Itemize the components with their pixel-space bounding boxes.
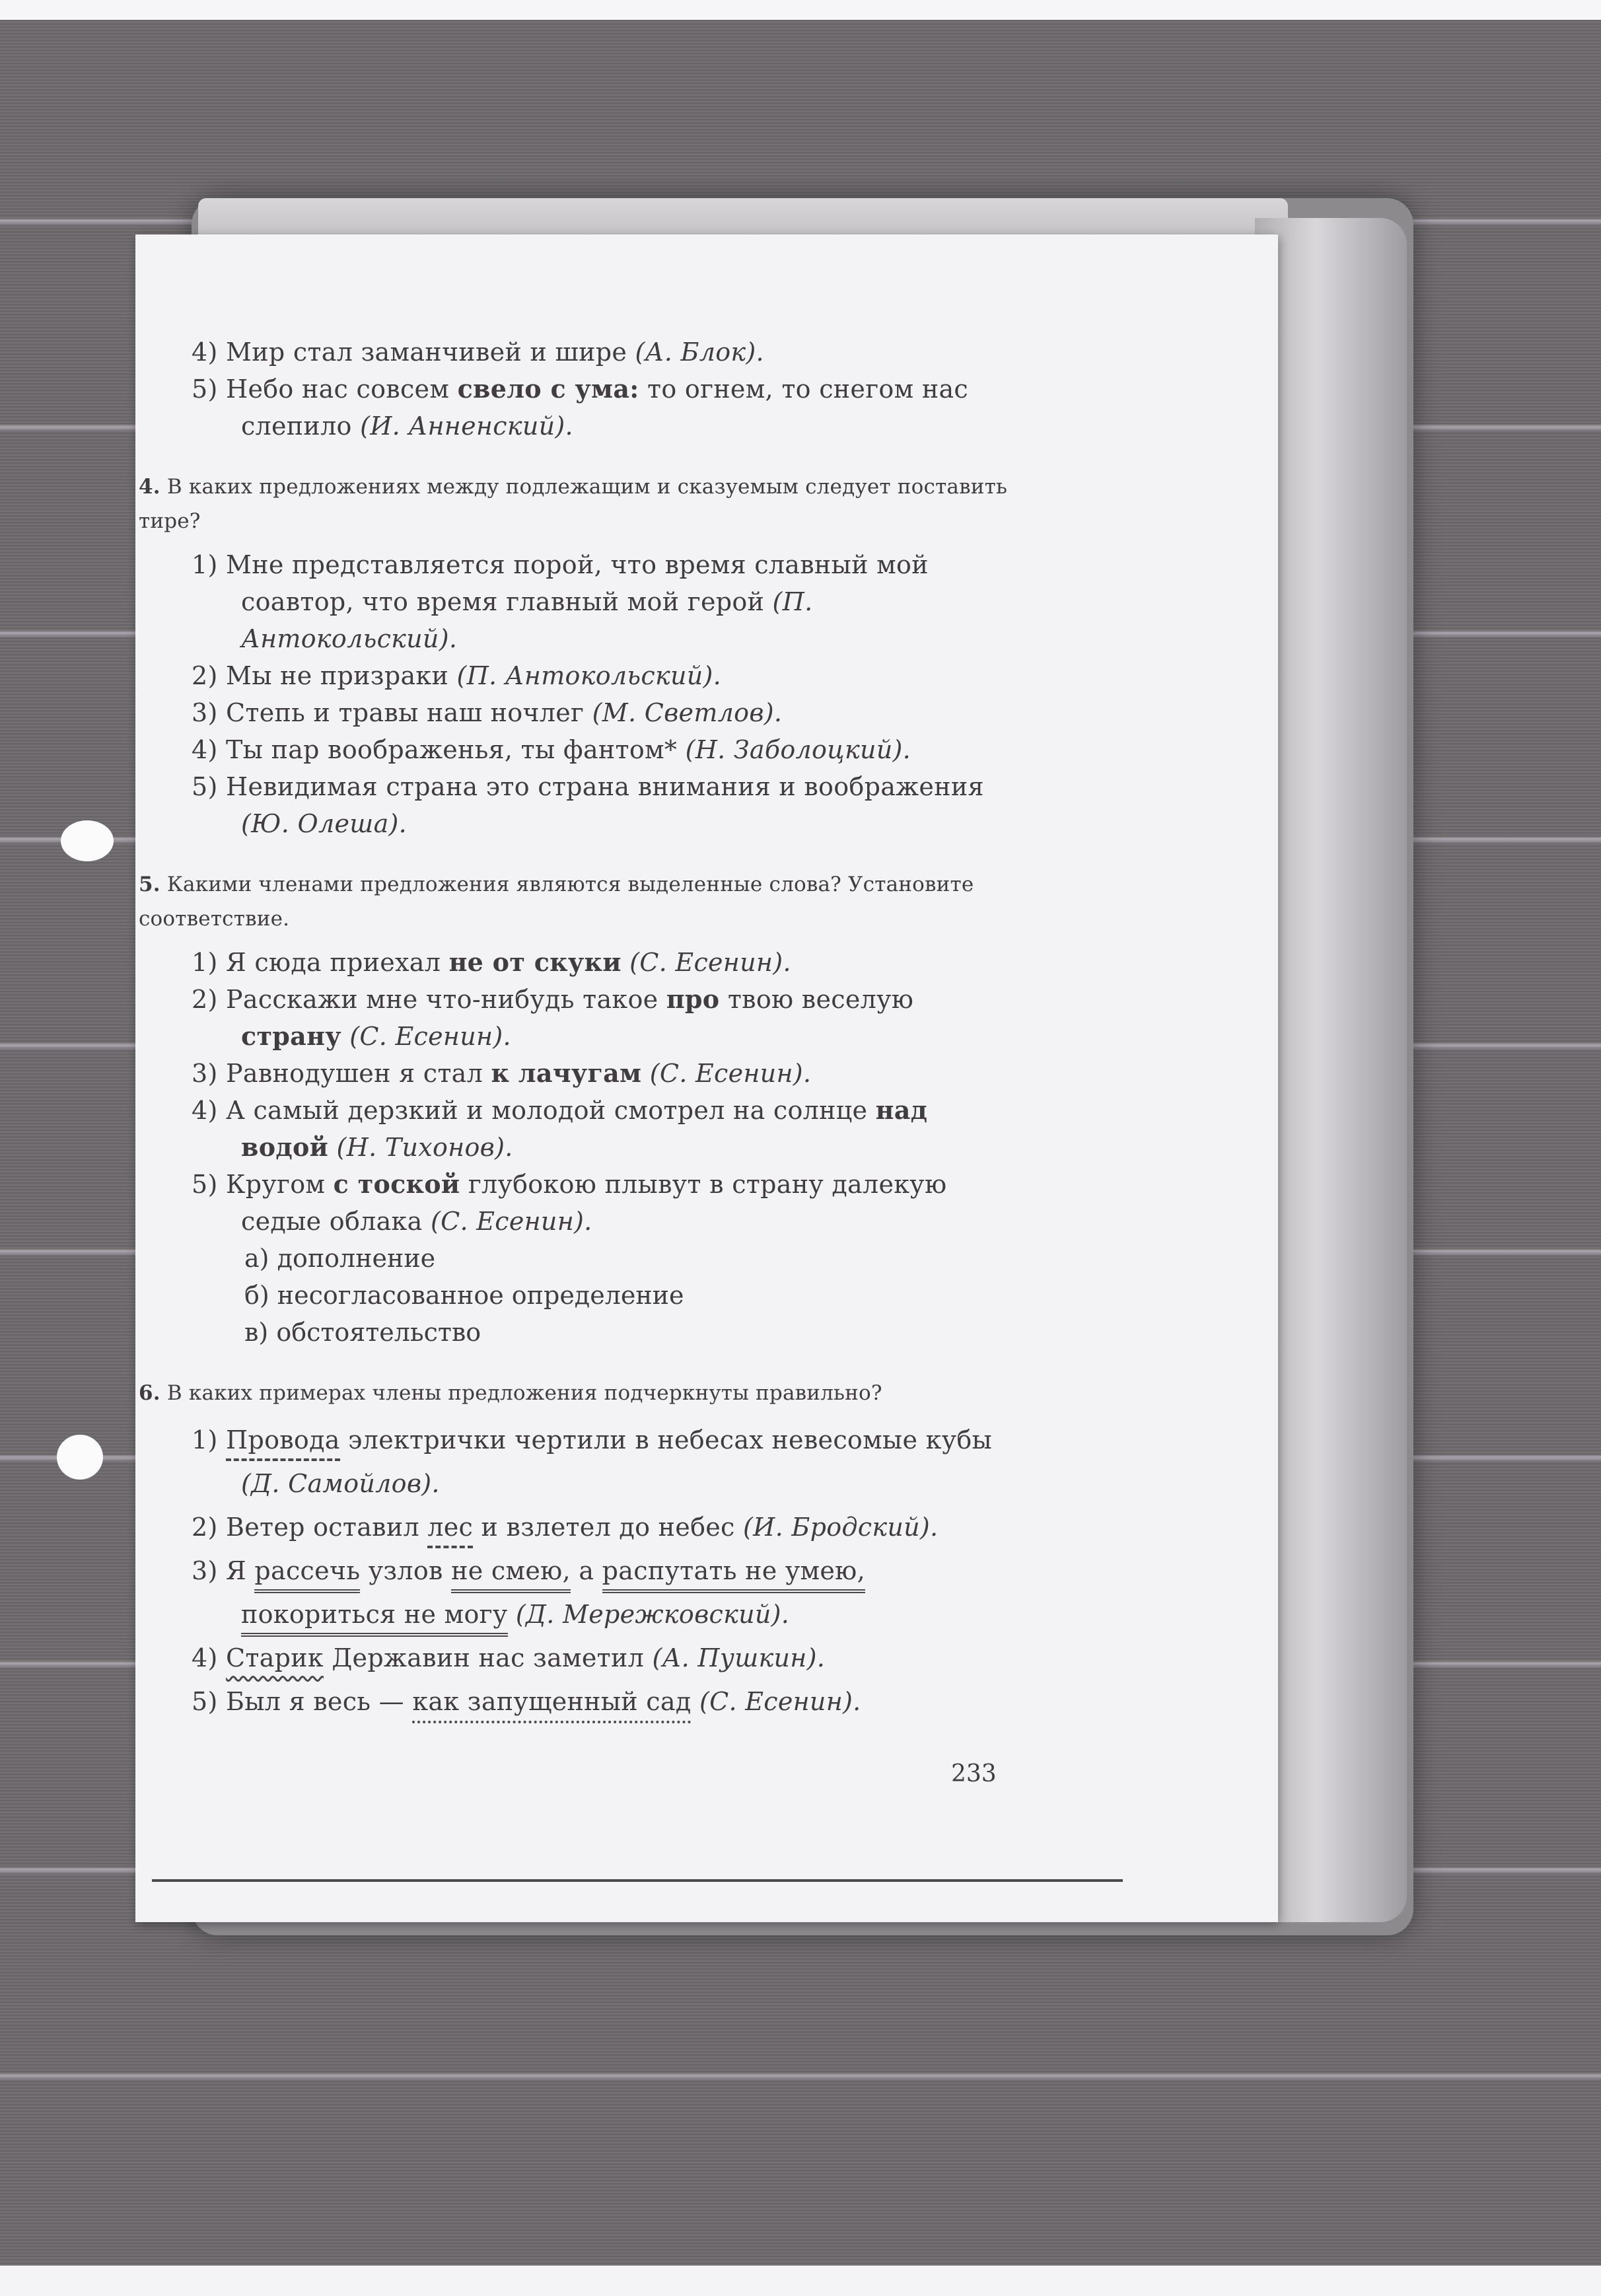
page-number: 233 bbox=[951, 1760, 997, 1787]
answer-option: б) несогласованное определение bbox=[139, 1277, 1017, 1314]
question-6-title: 6. В каких примерах члены предложения по… bbox=[139, 1376, 1017, 1410]
list-item: 2) Ветер оставил лес и взлетел до небес … bbox=[139, 1505, 1017, 1549]
list-item: 1) Я сюда приехал не от скуки (С. Есенин… bbox=[139, 944, 1017, 981]
answer-option: в) обстоятельство bbox=[139, 1314, 1017, 1351]
list-item: 3) Степь и травы наш ночлег (М. Светлов)… bbox=[139, 694, 1017, 731]
scanner-margin bbox=[0, 2266, 1601, 2296]
underline-dashed: Провода bbox=[226, 1425, 340, 1461]
underline-dash-dot: как запущенный сад bbox=[412, 1687, 691, 1716]
list-item: 3) Равнодушен я стал к лачугам (С. Есени… bbox=[139, 1055, 1017, 1092]
underline-double: распутать не умею, bbox=[602, 1556, 865, 1593]
question-5-title: 5. Какими членами предложения являются в… bbox=[139, 867, 1017, 936]
page-edge-shadow bbox=[152, 1879, 1123, 1882]
punch-hole-bottom bbox=[57, 1435, 103, 1480]
punch-hole-top bbox=[61, 820, 114, 861]
list-item: 4) А самый дерзкий и молодой смотрел на … bbox=[139, 1092, 1017, 1166]
list-item: 1) Мне представляется порой, что время с… bbox=[139, 546, 1017, 657]
underline-double: рассечь bbox=[254, 1556, 360, 1593]
list-item: 5) Был я весь — как запущенный сад (С. Е… bbox=[139, 1680, 1017, 1723]
underline-dashed: лес bbox=[427, 1513, 473, 1548]
list-item: 4) Старик Державин нас заметил (А. Пушки… bbox=[139, 1636, 1017, 1680]
answer-option: а) дополнение bbox=[139, 1240, 1017, 1277]
list-item: 5) Невидимая страна это страна внимания … bbox=[139, 768, 1017, 842]
underline-double: не смею, bbox=[451, 1556, 571, 1593]
list-item: 5) Небо нас совсем свело с ума: то огнем… bbox=[139, 371, 1017, 445]
list-item: 4) Мир стал заманчивей и шире (А. Блок). bbox=[139, 334, 1017, 371]
list-item: 3) Я рассечь узлов не смею, а распутать … bbox=[139, 1549, 1017, 1636]
underline-double: покориться не могу bbox=[241, 1600, 508, 1637]
list-item: 2) Расскажи мне что-нибудь такое про тво… bbox=[139, 981, 1017, 1055]
list-item: 4) Ты пар воображенья, ты фантом* (Н. За… bbox=[139, 731, 1017, 768]
underline-wavy: Старик bbox=[226, 1643, 324, 1672]
list-item: 2) Мы не призраки (П. Антокольский). bbox=[139, 657, 1017, 694]
list-item: 5) Кругом с тоской глубокою плывут в стр… bbox=[139, 1166, 1017, 1240]
list-item: 1) Провода электрички чертили в небесах … bbox=[139, 1418, 1017, 1505]
question-4-title: 4. В каких предложениях между подлежащим… bbox=[139, 470, 1017, 538]
page-content: 4) Мир стал заманчивей и шире (А. Блок).… bbox=[139, 334, 1017, 1723]
